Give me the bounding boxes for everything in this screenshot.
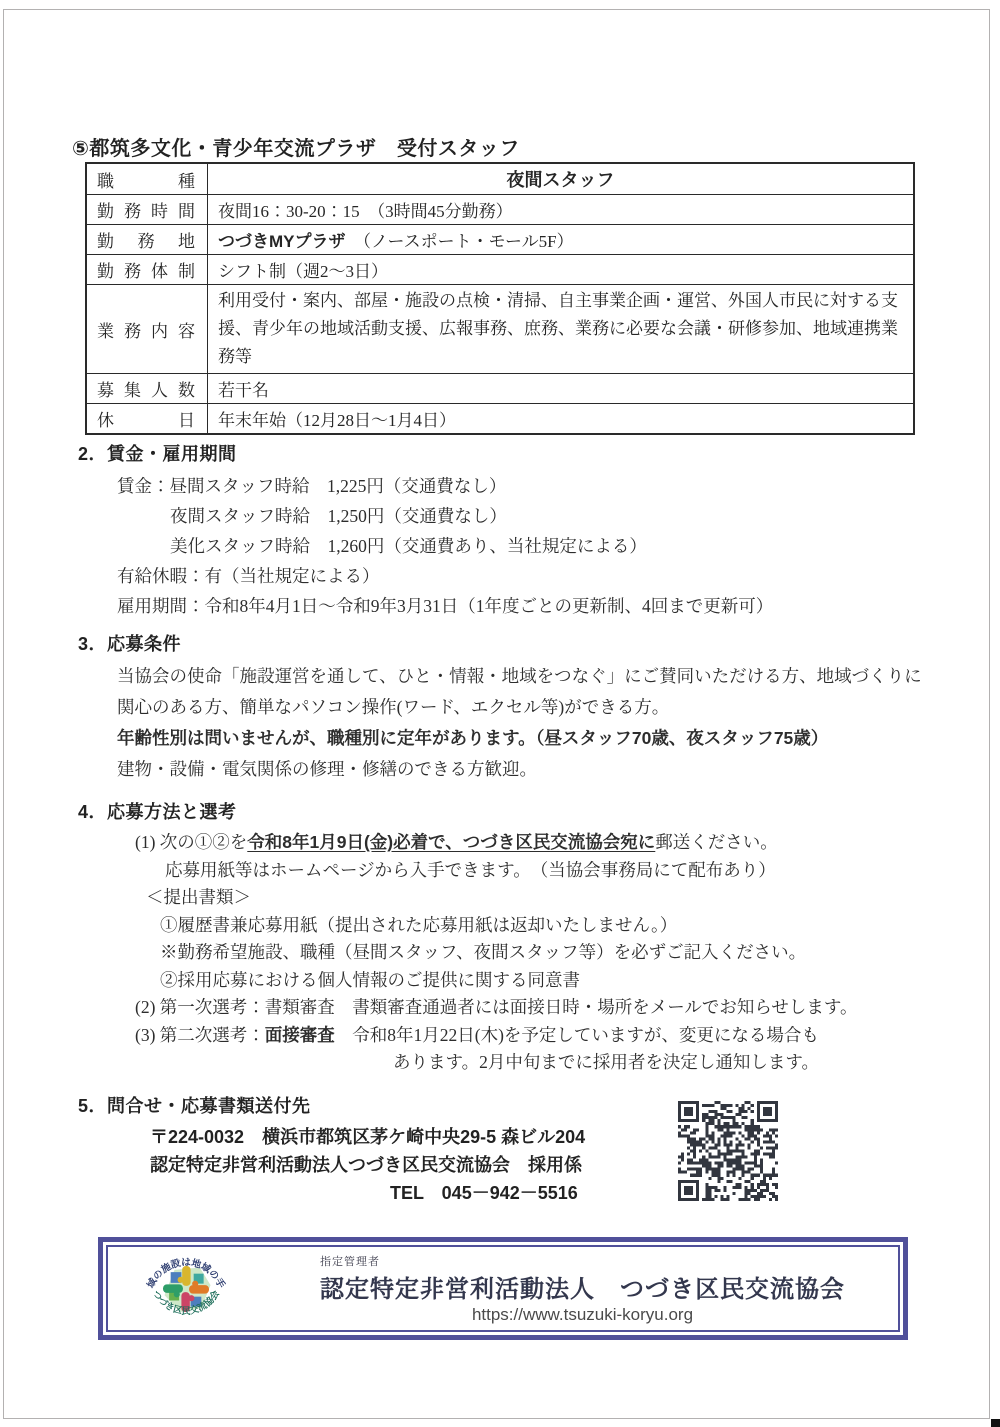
apply-item1-suffix: 郵送ください。 xyxy=(655,832,778,852)
work-place-detail: （ノースポート・モール5F） xyxy=(346,232,574,251)
wage-line-cleaning: 美化スタッフ時給 1,260円（交通費あり、当社規定による） xyxy=(78,531,938,561)
apply-item3-rest: 令和8年1月22日(木)を予定していますが、変更になる場合も xyxy=(335,1025,819,1045)
document-1: ①履歴書兼応募用紙（提出された応募用紙は返却いたしません。） xyxy=(78,912,938,940)
table-row: 業務内容 利用受付・案内、部屋・施設の点検・清掃、自主事業企画・運営、外国人市民… xyxy=(86,285,914,374)
work-place-name: つづきMYプラザ xyxy=(218,232,346,251)
apply-item-1: (1) 次の①②を令和8年1月9日(金)必着で、つづき区民交流協会宛に郵送くださ… xyxy=(78,829,938,857)
work-place-value: つづきMYプラザ （ノースポート・モール5F） xyxy=(208,225,915,255)
section-requirements: 3．応募条件 当協会の使命「施設運営を通して、ひと・情報・地域をつなぐ」にご賛同… xyxy=(78,630,938,785)
table-row: 職種 夜間スタッフ xyxy=(86,163,914,195)
apply-form-note: 応募用紙等はホームページから入手できます。 （当協会事務局にて配布あり） xyxy=(78,857,938,885)
row-label-work-place: 勤務地 xyxy=(86,225,208,255)
apply-item-2: (2) 第一次選考：書類審査 書類審査通過者には面接日時・場所をメールでお知らせ… xyxy=(78,994,938,1022)
footer-text-block: 指定管理者 認定特定非営利活動法人 つづき区民交流協会 https://www.… xyxy=(320,1253,845,1325)
designated-manager-label: 指定管理者 xyxy=(320,1253,845,1269)
section-apply: 4．応募方法と選考 (1) 次の①②を令和8年1月9日(金)必着で、つづき区民交… xyxy=(78,798,938,1077)
section-contact: 5．問合せ・応募書類送付先 〒224-0032 横浜市都筑区茅ケ崎中央29-5 … xyxy=(78,1092,938,1207)
section-contact-heading: 5．問合せ・応募書類送付先 xyxy=(78,1092,938,1118)
table-row: 勤務体制 シフト制（週2～3日） xyxy=(86,255,914,285)
wage-line-day: 賃金：昼間スタッフ時給 1,225円（交通費なし） xyxy=(78,471,938,501)
openings-value: 若干名 xyxy=(208,374,915,404)
scanned-document-page: ⑤都筑多文化・青少年交流プラザ 受付スタッフ 職種 夜間スタッフ 勤務時間 夜間… xyxy=(0,0,1000,1427)
wage-line-night: 夜間スタッフ時給 1,250円（交通費なし） xyxy=(78,501,938,531)
apply-deadline-emphasis: 令和8年1月9日(金)必着で、つづき区民交流協会宛に xyxy=(247,832,655,852)
row-label-work-hours: 勤務時間 xyxy=(86,195,208,225)
table-row: 勤務地 つづきMYプラザ （ノースポート・モール5F） xyxy=(86,225,914,255)
apply-item-3: (3) 第二次選考：面接審査 令和8年1月22日(木)を予定していますが、変更に… xyxy=(78,1022,938,1050)
requirements-welcome-line: 建物・設備・電気関係の修理・修繕のできる方歓迎。 xyxy=(78,754,938,785)
document-1-note: ※勤務希望施設、職種（昼間スタッフ、夜間スタッフ等）を必ずご記入ください。 xyxy=(78,939,938,967)
row-label-job-type: 職種 xyxy=(86,163,208,195)
document-2: ②採用応募における個人情報のご提供に関する同意書 xyxy=(78,967,938,995)
table-row: 休日 年末年始（12月28日～1月4日） xyxy=(86,404,914,435)
job-type-value: 夜間スタッフ xyxy=(208,163,915,195)
contact-tel: TEL 045－942－5516 xyxy=(78,1179,938,1207)
scan-artifact xyxy=(991,1419,1000,1427)
row-label-openings: 募集人数 xyxy=(86,374,208,404)
requirements-paragraph: 当協会の使命「施設運営を通して、ひと・情報・地域をつなぐ」にご賛同いただける方、… xyxy=(78,661,923,723)
paid-leave-line: 有給休暇：有（当社規定による） xyxy=(78,561,938,591)
employment-period-line: 雇用期間：令和8年4月1日～令和9年3月31日（1年度ごとの更新制、4回まで更新… xyxy=(78,591,938,621)
job-type-text: 夜間スタッフ xyxy=(507,170,615,190)
apply-item3-interview-bold: 面接審査 xyxy=(265,1025,335,1045)
wage-label: 賃金： xyxy=(117,476,170,496)
holidays-value: 年末年始（12月28日～1月4日） xyxy=(208,404,915,435)
apply-item3-prefix: (3) 第二次選考： xyxy=(135,1025,265,1045)
organization-name: 認定特定非営利活動法人 つづき区民交流協会 xyxy=(320,1269,845,1304)
association-logo-icon: 地域の施設は地域の手で つづき区民交流協会 xyxy=(140,1243,232,1335)
footer-banner: 地域の施設は地域の手で つづき区民交流協会 指定管理者 認定特定非営利活動法人 … xyxy=(98,1237,908,1340)
work-hours-value: 夜間16：30-20：15 （3時間45分勤務） xyxy=(208,195,915,225)
contact-recipient: 認定特定非営利活動法人つづき区民交流協会 採用係 xyxy=(78,1151,938,1179)
section-wage: 2．賃金・雇用期間 賃金：昼間スタッフ時給 1,225円（交通費なし） 夜間スタ… xyxy=(78,440,938,621)
section-apply-heading: 4．応募方法と選考 xyxy=(78,798,938,824)
requirements-age-line: 年齢性別は問いませんが、職種別に定年があります。（昼スタッフ70歳、夜スタッフ7… xyxy=(78,723,938,754)
job-description-value: 利用受付・案内、部屋・施設の点検・清掃、自主事業企画・運営、外国人市民に対する支… xyxy=(208,285,915,374)
row-label-shift-system: 勤務体制 xyxy=(86,255,208,285)
shift-system-value: シフト制（週2～3日） xyxy=(208,255,915,285)
section-requirements-heading: 3．応募条件 xyxy=(78,630,938,656)
documents-header: ＜提出書類＞ xyxy=(78,884,938,912)
table-row: 勤務時間 夜間16：30-20：15 （3時間45分勤務） xyxy=(86,195,914,225)
logo-svg: 地域の施設は地域の手で つづき区民交流協会 xyxy=(140,1243,232,1335)
table-row: 募集人数 若干名 xyxy=(86,374,914,404)
row-label-job-description: 業務内容 xyxy=(86,285,208,374)
qr-code xyxy=(678,1101,778,1201)
footer-inner-frame: 地域の施設は地域の手で つづき区民交流協会 指定管理者 認定特定非営利活動法人 … xyxy=(106,1245,900,1332)
organization-url: https://www.tsuzuki-koryu.org xyxy=(320,1305,845,1325)
apply-item1-prefix: (1) 次の①②を xyxy=(135,832,247,852)
apply-item-3-continuation: あります。2月中旬までに採用者を決定し通知します。 xyxy=(78,1049,938,1077)
section-wage-heading: 2．賃金・雇用期間 xyxy=(78,440,938,466)
row-label-holidays: 休日 xyxy=(86,404,208,435)
wage-day-text: 昼間スタッフ時給 1,225円（交通費なし） xyxy=(170,476,507,496)
contact-address: 〒224-0032 横浜市都筑区茅ケ崎中央29-5 森ビル204 xyxy=(78,1123,938,1151)
qr-code-icon xyxy=(678,1101,778,1201)
job-detail-table: 職種 夜間スタッフ 勤務時間 夜間16：30-20：15 （3時間45分勤務） … xyxy=(85,162,915,435)
page-title: ⑤都筑多文化・青少年交流プラザ 受付スタッフ xyxy=(72,132,520,161)
